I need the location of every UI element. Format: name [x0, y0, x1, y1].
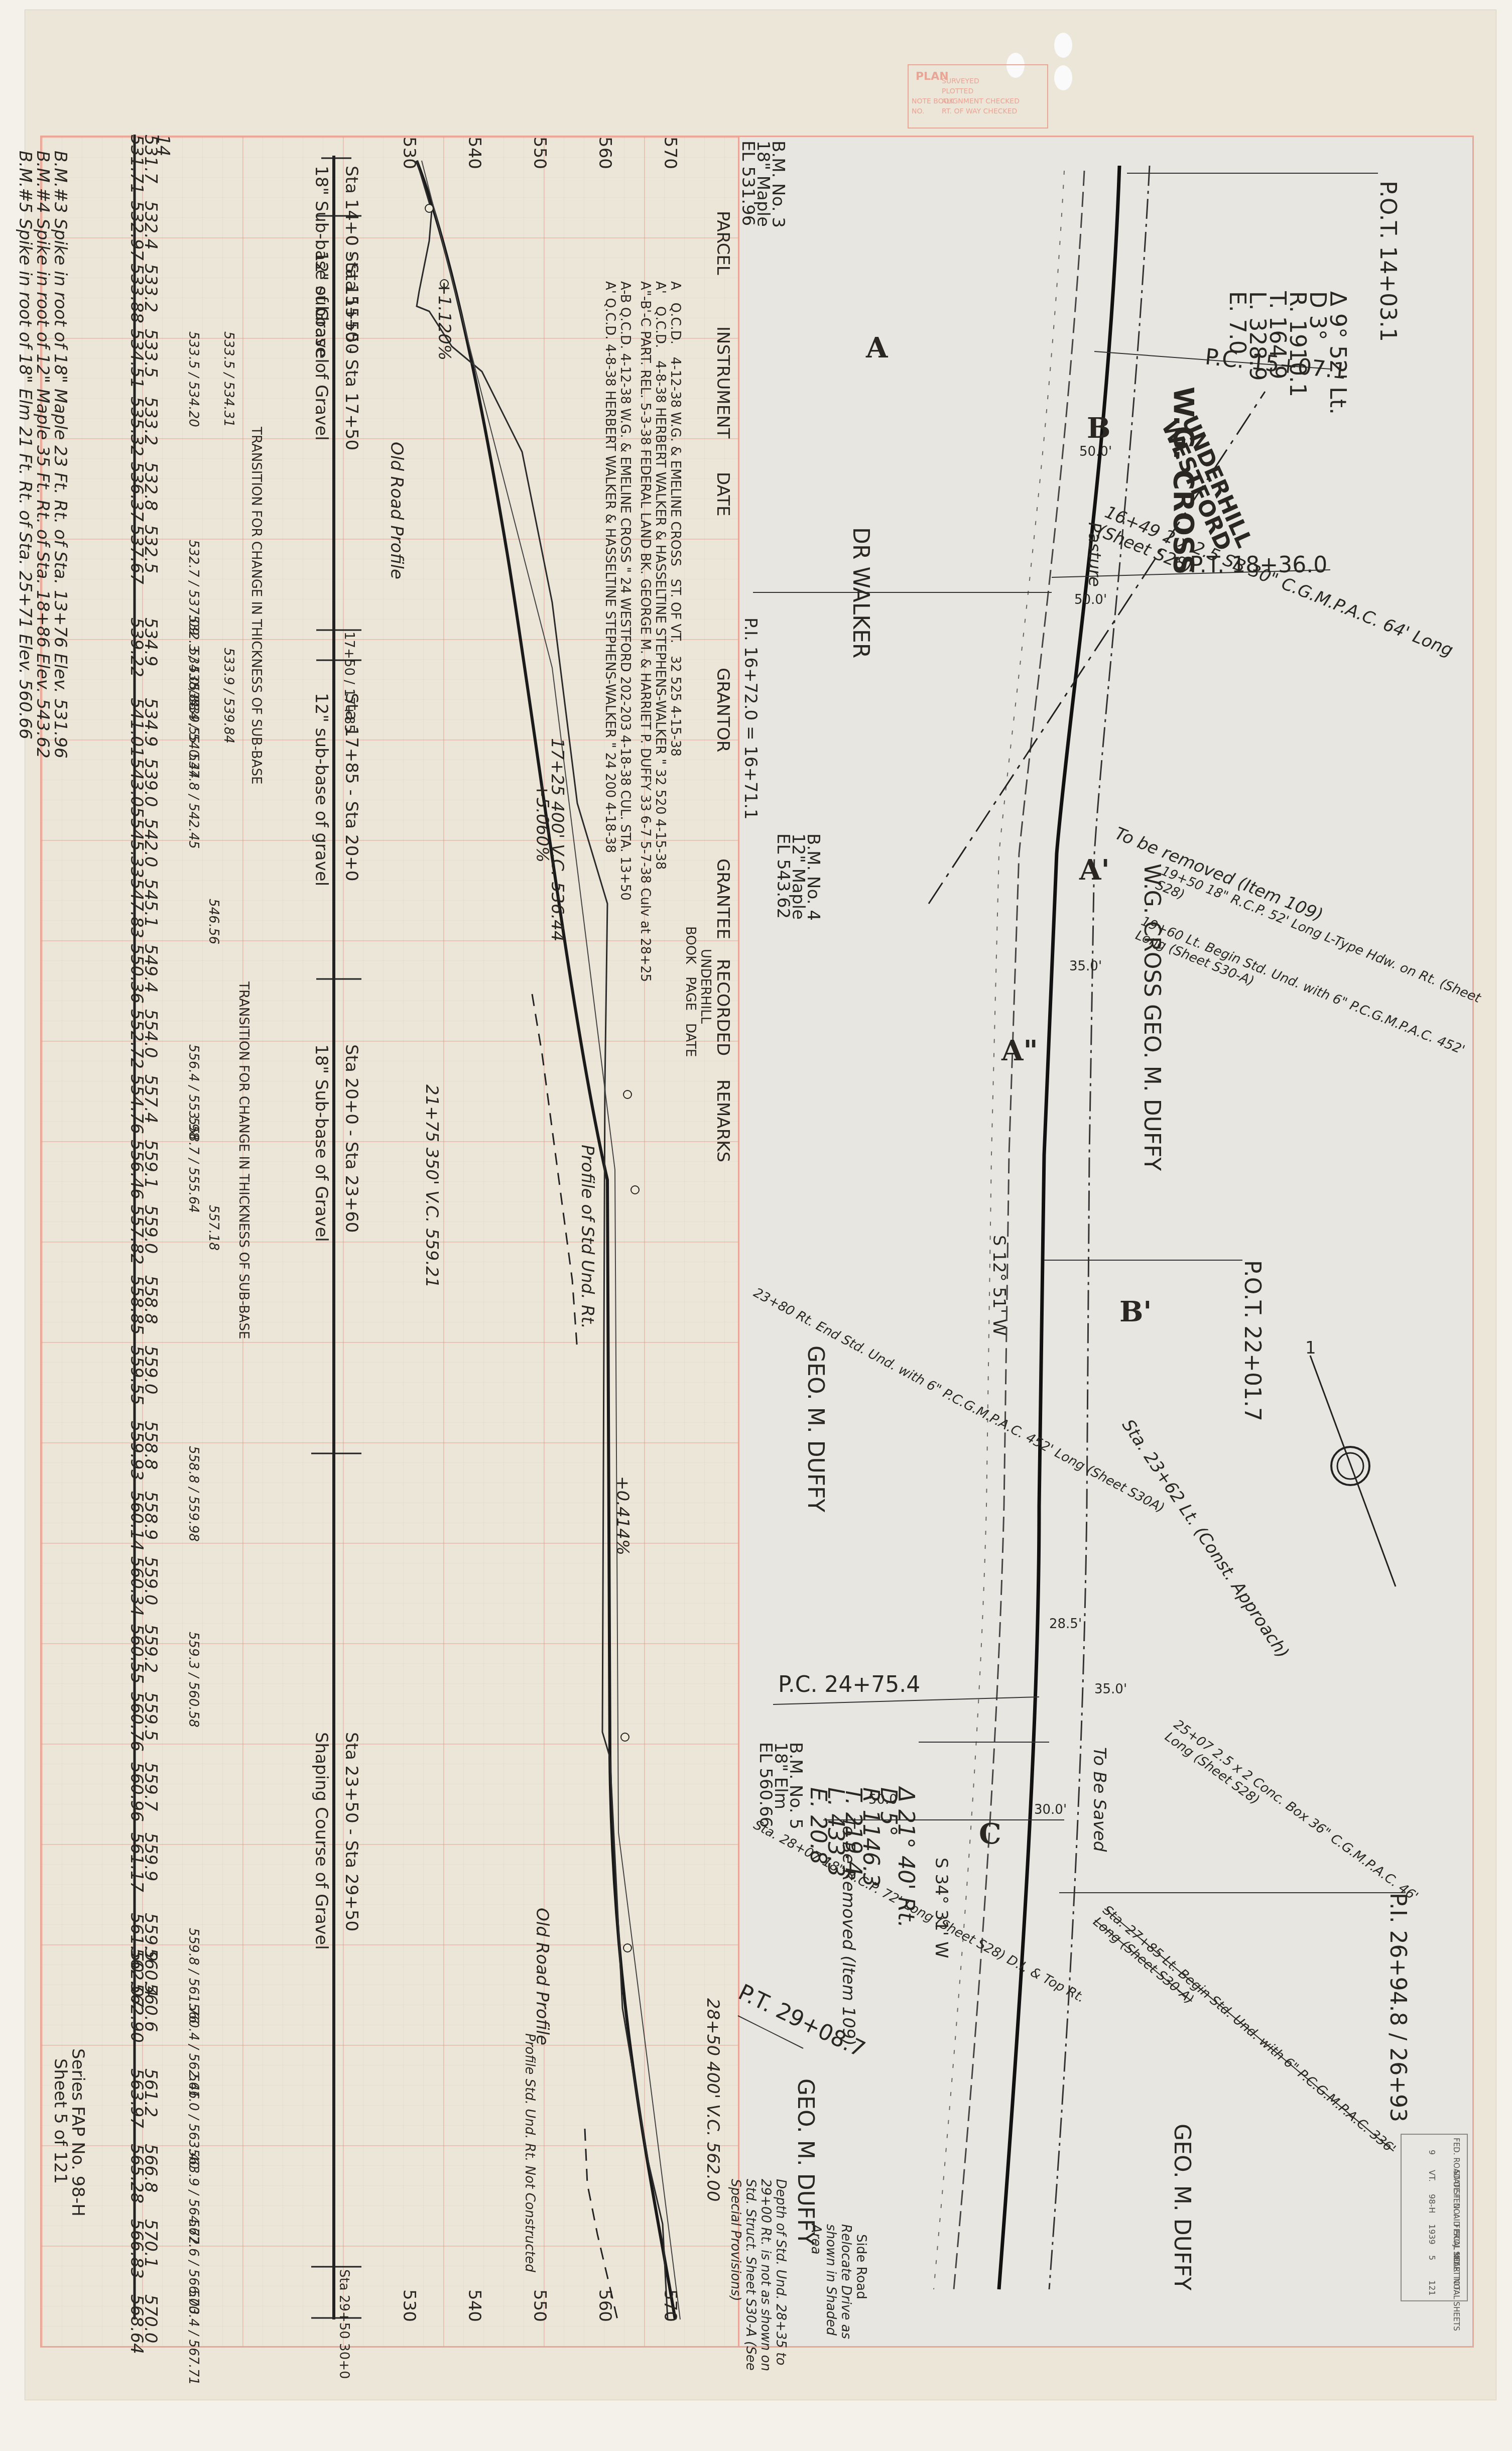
cell-instrument: Q.C.D. — [653, 306, 668, 348]
parcel-letter: A" — [1001, 1034, 1038, 1067]
elev-axis-550: 550 — [530, 137, 550, 169]
grade-elev: 557.82 — [127, 1205, 147, 1265]
plus-ground: 533.9 — [221, 648, 236, 685]
note-relocate-drive: Relocate Drive as shown in Shaded Area — [808, 2224, 853, 2340]
note-to-be-saved: To Be Saved — [1089, 1747, 1109, 1852]
cell-parcel: A' — [653, 281, 668, 294]
parcel-letter: B' — [1119, 1295, 1152, 1328]
vc-elev: 559.21 — [422, 1228, 442, 1288]
owner-duffy-2: GEO. M. DUFFY — [803, 1345, 828, 1512]
cell-town: WESTFORD — [617, 598, 633, 672]
grade-elev: 554.76 — [127, 1074, 147, 1134]
plus-ground: 567.6 — [186, 2219, 201, 2256]
plus-grade: 555.64 — [186, 1167, 201, 1213]
tb-total: 121 — [1427, 2280, 1437, 2296]
transition-note-1: TRANSITION FOR CHANGE IN THICKNESS OF SU… — [248, 427, 264, 784]
col-header-recorded: RECORDED — [713, 959, 733, 1056]
cell-parcel: A"-B'-C — [638, 281, 653, 327]
grade-elev: 565.28 — [127, 2144, 147, 2203]
plus-ground: 560.4 — [186, 2003, 201, 2040]
cell-remarks: CUL. STA. 13+50 — [617, 790, 633, 901]
cell-parcel: A — [668, 281, 683, 290]
plus-ground: 534.4 — [186, 683, 201, 720]
cell-book: 24 — [602, 752, 617, 769]
grade-elev: 560.96 — [127, 1762, 147, 1822]
cell-page: 520 — [653, 790, 668, 815]
cell-page: 202-203 — [617, 676, 633, 731]
cell-date: 4-8-38 — [653, 360, 668, 403]
plus-ground: 533.5 — [186, 331, 201, 369]
vc-pvi: 17+25 — [547, 738, 567, 796]
grade-elev: 545.33 — [127, 818, 147, 878]
vc-length: 350' V.C. — [422, 1148, 442, 1223]
pot-22-01: P.O.T. 22+01.7 — [1239, 1260, 1265, 1421]
grade-label: +1.120% — [434, 281, 454, 360]
elev-axis-bottom-550: 550 — [530, 2289, 550, 2322]
grade-elev: 541.01 — [127, 698, 147, 758]
grade-elev: 539.22 — [127, 618, 147, 677]
dim: 28.5' — [1049, 1617, 1082, 1632]
bm3-elev: EL 531.96 — [738, 141, 758, 226]
grade-elev: 560.55 — [127, 1624, 147, 1684]
owner-duffy-1: GEO. M. DUFFY — [1139, 1004, 1165, 1171]
cell-instrument: PART. REL. — [638, 331, 653, 399]
parcel-letter: B — [1087, 412, 1110, 445]
grade-elev: 560.34 — [127, 1556, 147, 1616]
col-header-grantor: GRANTOR — [713, 668, 733, 752]
col-header-grantee: GRANTEE — [713, 859, 733, 939]
vc-length: 400' V.C. — [703, 2061, 723, 2137]
subbase-range: Sta 17+85 - Sta 20+0 — [341, 693, 361, 881]
cell-grantor: HERBERT WALKER & HASSELTINE STEPHENS-WAL… — [653, 407, 668, 755]
dim: 50.0' — [868, 1792, 901, 1807]
cell-grantee: " — [602, 742, 617, 748]
cell-rec-date: 5-7-38 — [638, 841, 653, 884]
grade-elev: 550.36 — [127, 944, 147, 1004]
note-pasture: Pasture — [1084, 522, 1104, 587]
plus-ground: 570.4 — [186, 2289, 201, 2326]
cell-rec-date: 4-18-38 — [617, 735, 633, 786]
parcel-letter: A — [866, 331, 888, 364]
cell-book: 24 — [617, 577, 633, 593]
tb-fy: 1939 — [1427, 2224, 1437, 2245]
dim: 35.0' — [1069, 959, 1102, 974]
grade-elev: 556.46 — [127, 1140, 147, 1199]
bearing-1: S 12° 51' W — [989, 1235, 1009, 1336]
plus-ground: 537.8 — [186, 753, 201, 790]
tb-state-label: STATE — [1452, 2170, 1461, 2192]
grade-elev: 562.90 — [127, 1983, 147, 2043]
cell-page: 6-7 — [638, 815, 653, 836]
cell-instrument: Q.C.D. — [668, 303, 683, 344]
bearing-2: S 34° 31' W — [931, 1858, 951, 1958]
plus-ground: 558.7 — [186, 1117, 201, 1154]
cell-book: 32 — [668, 656, 683, 672]
dim: 30.0' — [1034, 1802, 1067, 1817]
parcel-letter: A' — [1079, 853, 1110, 887]
grade-elev: 532.97 — [127, 201, 147, 261]
elev-axis-560: 560 — [595, 137, 615, 169]
cell-rec-date: 4-15-38 — [668, 705, 683, 756]
subbase-range: Sta 15+50 - Sta 17+50 — [341, 251, 361, 450]
elev-axis-570: 570 — [660, 137, 680, 169]
grade-label: +0.414% — [612, 1476, 633, 1555]
cell-instrument: Q.C.D. — [602, 298, 617, 339]
vc-pvi: 21+75 — [422, 1084, 442, 1142]
curve1-e: E. 7.0 — [1224, 291, 1250, 354]
north-arrow-label: 1 — [1305, 1338, 1316, 1358]
old-road-profile-label-2: Old Road Profile — [532, 1908, 552, 2045]
transition-note-2: TRANSITION FOR CHANGE IN THICKNESS OF SU… — [236, 982, 251, 1339]
grade-elev: 536.37 — [127, 462, 147, 522]
cell-grantor: HERBERT WALKER & HASSELTINE STEPHENS-WAL… — [602, 391, 617, 738]
dim: 35.0' — [1094, 1682, 1127, 1697]
pc-24-75: P.C. 24+75.4 — [778, 1672, 920, 1697]
subbase-range: Sta 29+50 30+0 — [336, 2269, 351, 2379]
grade-elev: 558.85 — [127, 1275, 147, 1335]
std-und-profile-label: Profile of Std Und. Rt. — [577, 1145, 597, 1329]
cell-grantee: " — [617, 567, 633, 573]
table-row: A-B Q.C.D. 4-12-38 W.G. & EMELINE CROSS … — [617, 281, 633, 901]
col-book: BOOK — [683, 926, 698, 964]
plus-grade: 557.18 — [206, 1205, 221, 1251]
cell-instrument: Q.C.D. — [617, 307, 633, 349]
owner-duffy-4: GEO. M. DUFFY — [1169, 2124, 1195, 2290]
vc-elev: 536.44 — [547, 882, 567, 941]
cell-grantor: W.G. & EMELINE CROSS — [668, 412, 683, 566]
cell-grantee: ST. OF VT. — [668, 579, 683, 643]
grade-elev: 534.51 — [127, 329, 147, 389]
col-header-instrument: INSTRUMENT — [713, 326, 733, 438]
col-header-remarks: REMARKS — [713, 1079, 733, 1162]
cell-date: 4-12-38 — [617, 353, 633, 404]
parcel-letter: C — [979, 1817, 1001, 1851]
plus-ground: 563.9 — [186, 2149, 201, 2186]
north-arrow-icon — [1310, 1356, 1396, 1586]
grade-elev: 568.64 — [127, 2294, 147, 2354]
plus-ground: 559.3 — [186, 1632, 201, 1669]
pi-26-94: P.I. 26+94.8 / 26+93 — [1385, 1893, 1411, 2122]
plus-ground: 556.4 — [186, 1044, 201, 1081]
grade-elev: 552.72 — [127, 1009, 147, 1069]
elev-axis-bottom-540: 540 — [464, 2289, 484, 2322]
subbase-desc: 18" Sub-base of Gravel — [311, 1044, 331, 1242]
project-title-block: FED. ROAD DIST. NO. 9 STATE VT. FED. AID… — [1401, 2134, 1468, 2301]
note-depth-std-und: Depth of Std. Und. 28+35 to 29+00 Rt. is… — [728, 2179, 788, 2395]
cell-rec-date: 4-15-38 — [653, 819, 668, 870]
cell-remarks: Culv at 28+25 — [638, 888, 653, 982]
plus-ground: 532.7 — [186, 540, 201, 577]
grade-elev: 559.93 — [127, 1421, 147, 1481]
subbase-range: Sta 23+50 - Sta 29+50 — [341, 1732, 361, 1931]
table-row: A"-B'-C PART. REL. 5-3-38 FEDERAL LAND B… — [638, 281, 653, 982]
pi-16-72: P.I. 16+72.0 = 16+71.1 — [740, 618, 761, 820]
pot-14-03: P.O.T. 14+03.1 — [1375, 181, 1401, 342]
vc-pvi: 28+50 — [703, 1998, 723, 2056]
grade-elev: 560.14 — [127, 1491, 147, 1551]
vc-elev: 562.00 — [703, 2142, 723, 2201]
grade-elev: 566.83 — [127, 2219, 147, 2279]
owner-duffy-3: GEO. M. DUFFY — [793, 2078, 818, 2245]
grade-elev: 543.05 — [127, 758, 147, 818]
cell-parcel: A-B — [617, 281, 633, 303]
cell-grantor: FEDERAL LAND BK. — [638, 449, 653, 574]
plus-ground: 558.8 — [186, 1446, 201, 1483]
cell-grantor: W.G. & EMELINE CROSS — [617, 408, 633, 562]
cell-page: 200 — [602, 773, 617, 798]
cell-book: 32 — [653, 769, 668, 785]
plus-grade: 546.56 — [206, 899, 221, 944]
plus-grade: 559.98 — [186, 1496, 201, 1542]
col-header-parcel: PARCEL — [713, 211, 733, 275]
plus-grade: 560.58 — [186, 1682, 201, 1728]
grade-elev: 547.83 — [127, 879, 147, 938]
plus-ground: 534.0 — [186, 648, 201, 685]
tb-dist: 9 — [1427, 2150, 1437, 2155]
grade-elev: 563.97 — [127, 2068, 147, 2128]
plus-grade: 542.45 — [186, 803, 201, 849]
cell-date: 4-12-38 — [668, 357, 683, 408]
subbase-range: Sta 20+0 - Sta 23+60 — [341, 1044, 361, 1233]
elev-axis-bottom-560: 560 — [595, 2289, 615, 2322]
col-rec-date: DATE — [683, 1023, 698, 1057]
recorded-town: UNDERHILL — [698, 949, 713, 1024]
col-header-date: DATE — [713, 472, 733, 516]
subbase-desc: 12" sub-base of gravel — [311, 693, 331, 886]
cell-page: 525 — [668, 676, 683, 701]
plus-ground: 533.5 — [221, 331, 236, 369]
old-road-profile-label: Old Road Profile — [387, 442, 407, 579]
plus-grade: 539.84 — [221, 698, 236, 744]
cell-book: 33 — [638, 795, 653, 811]
plus-grade: 534.31 — [221, 382, 236, 427]
dim: 50.0' — [1074, 592, 1107, 607]
elev-axis-bottom-530: 530 — [399, 2289, 419, 2322]
plus-ground: 532.3 — [186, 615, 201, 652]
not-constructed-label: Profile Std. Und. Rt. Not Constructed — [522, 2033, 537, 2272]
cell-date: 5-3-38 — [638, 403, 653, 445]
cell-grantee: GEORGE M. & HARRIET P. DUFFY — [638, 578, 653, 790]
bm5-elev: EL 560.66 — [755, 1742, 776, 1827]
grade-elev: 533.88 — [127, 264, 147, 323]
grade-elev: 537.67 — [127, 525, 147, 584]
grade-elev: 560.76 — [127, 1692, 147, 1752]
note-side-road: Side Road — [853, 2234, 868, 2299]
grade-elev: 531.71 — [127, 135, 147, 194]
subbase-desc: Shaping Course of Gravel — [311, 1732, 331, 1950]
cell-parcel: A' — [602, 281, 617, 294]
elev-axis-540: 540 — [464, 137, 484, 169]
tb-state: VT. — [1427, 2170, 1437, 2182]
cell-rec-date: 4-18-38 — [602, 802, 617, 853]
table-row: A Q.C.D. 4-12-38 W.G. & EMELINE CROSS ST… — [668, 281, 683, 757]
note-to-be-removed-2: To Be Removed (Item 109) — [838, 1817, 858, 2046]
cell-date: 4-8-38 — [602, 344, 617, 387]
vc-length: 400' V.C. — [547, 801, 567, 877]
plus-grade: 534.20 — [186, 382, 201, 427]
tb-proj: 98-H — [1427, 2194, 1437, 2213]
owner-dr-walker: DR WALKER — [848, 527, 873, 658]
plus-ground: 559.8 — [186, 1928, 201, 1965]
elev-axis-530: 530 — [399, 137, 419, 169]
tb-sheet: 5 — [1427, 2255, 1437, 2260]
col-page: PAGE — [683, 976, 698, 1011]
table-row: A' Q.C.D. 4-8-38 HERBERT WALKER & HASSEL… — [653, 281, 668, 870]
grade-elev: 559.55 — [127, 1345, 147, 1405]
cell-grantee: " — [653, 759, 668, 765]
table-row: A' Q.C.D. 4-8-38 HERBERT WALKER & HASSEL… — [602, 281, 617, 853]
subbase-desc: 12" subbase of Gravel — [311, 251, 331, 441]
dim: 50.0' — [1079, 444, 1112, 459]
grade-elev: 561.17 — [127, 1832, 147, 1892]
grade-elev: 535.32 — [127, 397, 147, 456]
plus-grade: 567.71 — [186, 2340, 201, 2385]
plus-ground: 561.0 — [186, 2073, 201, 2111]
elev-axis-bottom-570: 570 — [660, 2289, 680, 2322]
tb-total-label: TOTAL SHEETS — [1452, 2275, 1461, 2331]
bm4-elev: EL 543.62 — [773, 833, 793, 919]
